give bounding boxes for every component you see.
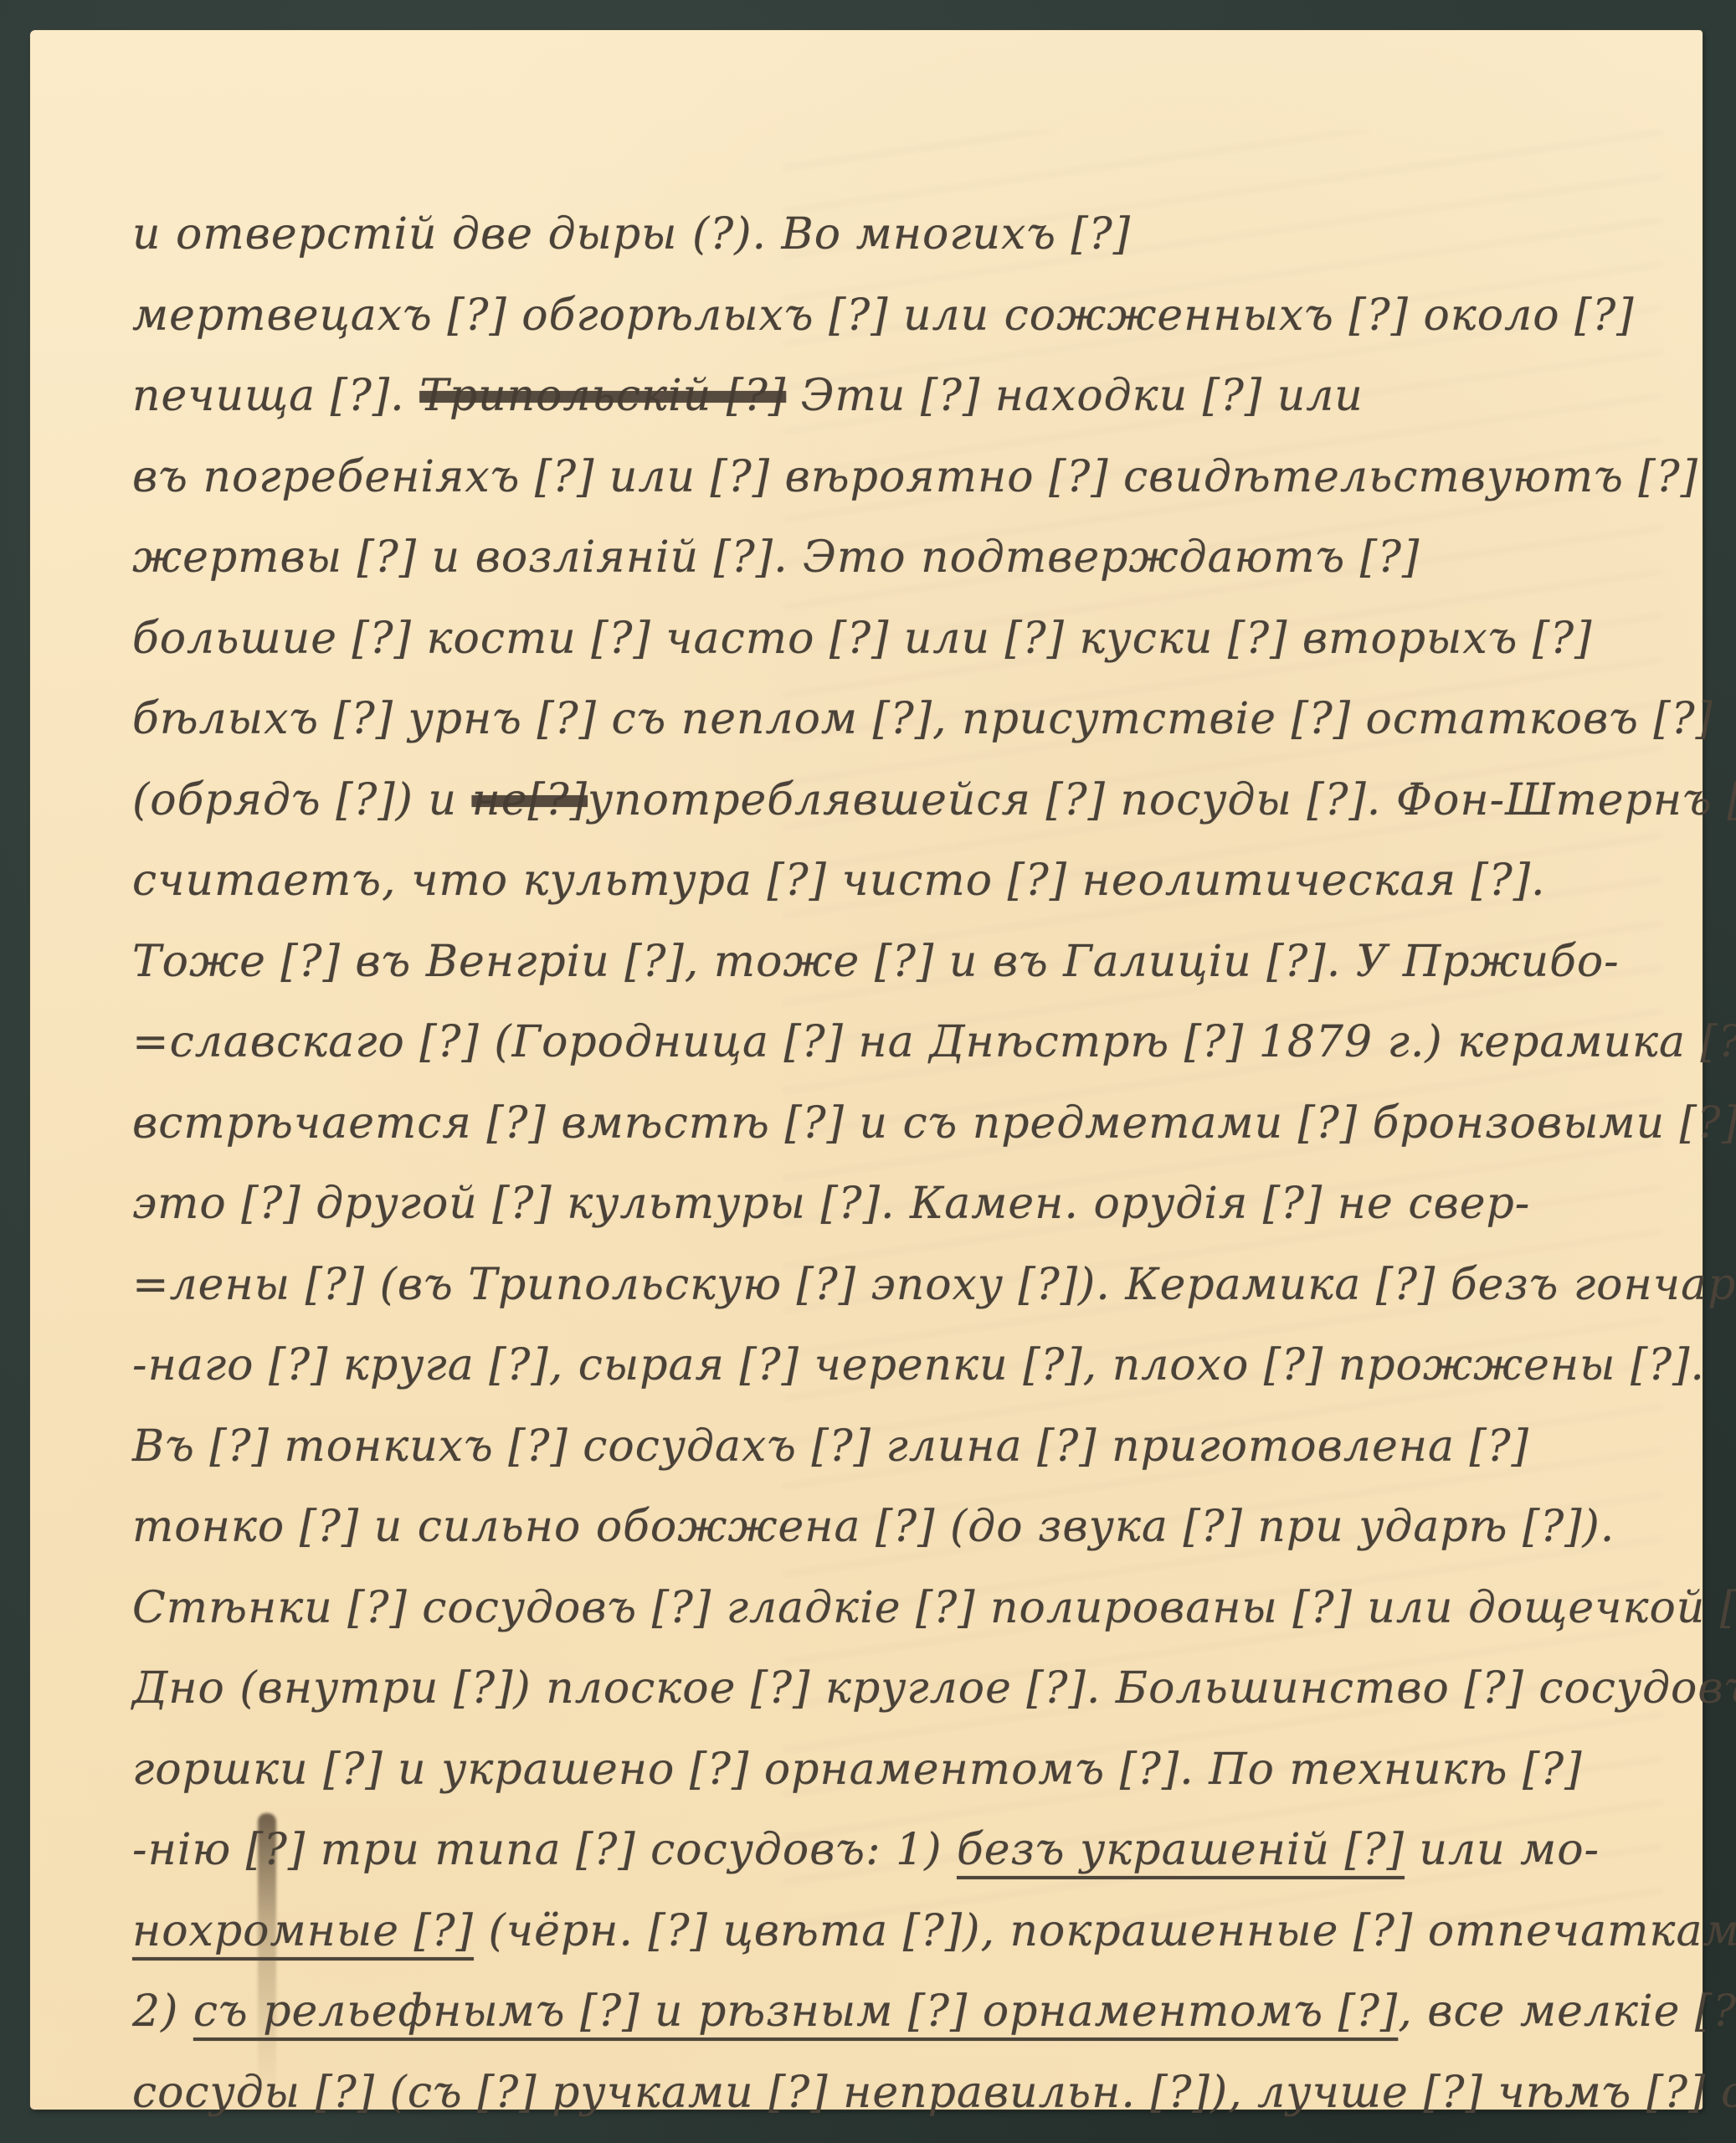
line-text: бѣлыхъ [?] урнъ [?] съ пеплом [?], прису… bbox=[132, 694, 1713, 744]
line-text: печища [?]. bbox=[132, 371, 419, 421]
manuscript-line: сосуды [?] (съ [?] ручками [?] неправиль… bbox=[132, 2053, 1689, 2134]
manuscript-line: горшки [?] и украшено [?] орнаментомъ [?… bbox=[132, 1729, 1689, 1811]
manuscript-line: нохромные [?] (чёрн. [?] цвѣта [?]), пок… bbox=[132, 1891, 1689, 1972]
line-text: мертвецахъ [?] обгорѣлыхъ [?] или сожжен… bbox=[132, 290, 1635, 341]
line-text: въ погребеніяхъ [?] или [?] вѣроятно [?]… bbox=[132, 452, 1698, 502]
underlined-phrase: безъ украшеній [?] bbox=[957, 1825, 1405, 1875]
line-text: (обрядъ [?]) и bbox=[132, 775, 471, 825]
manuscript-line: встрѣчается [?] вмѣстѣ [?] и съ предмета… bbox=[132, 1083, 1689, 1164]
manuscript-line: мертвецахъ [?] обгорѣлыхъ [?] или сожжен… bbox=[132, 275, 1689, 357]
manuscript-line: 2) съ рельефнымъ [?] и рѣзным [?] орнаме… bbox=[132, 1971, 1689, 2053]
line-text: или мо- bbox=[1405, 1825, 1600, 1875]
line-text: 2) bbox=[132, 1986, 193, 2037]
line-text: горшки [?] и украшено [?] орнаментомъ [?… bbox=[132, 1745, 1582, 1795]
line-text: -наго [?] круга [?], сырая [?] черепки [… bbox=[132, 1340, 1705, 1390]
line-text: (чёрн. [?] цвѣта [?]), покрашенные [?] о… bbox=[474, 1906, 1736, 1956]
manuscript-line: Въ [?] тонкихъ [?] сосудахъ [?] глина [?… bbox=[132, 1406, 1689, 1488]
line-text: Тоже [?] въ Венгріи [?], тоже [?] и въ Г… bbox=[132, 937, 1620, 987]
line-text: это [?] другой [?] культуры [?]. Камен. … bbox=[132, 1179, 1530, 1229]
line-text: Стѣнки [?] сосудовъ [?] гладкіе [?] поли… bbox=[132, 1583, 1736, 1633]
line-text: употреблявшейся [?] посуды [?]. Фон-Штер… bbox=[588, 775, 1736, 825]
manuscript-line: =лены [?] (въ Трипольскую [?] эпоху [?])… bbox=[132, 1245, 1689, 1326]
manuscript-line: бѣлыхъ [?] урнъ [?] съ пеплом [?], прису… bbox=[132, 679, 1689, 760]
line-text: считаетъ, что культура [?] чисто [?] нео… bbox=[132, 856, 1546, 906]
manuscript-line: это [?] другой [?] культуры [?]. Камен. … bbox=[132, 1164, 1689, 1245]
line-text: жертвы [?] и возліяній [?]. Это подтверж… bbox=[132, 532, 1420, 583]
manuscript-line: печища [?]. Трипольскій [?] Эти [?] нахо… bbox=[132, 356, 1689, 437]
underlined-phrase: съ рельефнымъ [?] и рѣзным [?] орнаменто… bbox=[193, 1986, 1398, 2037]
manuscript-line: тонко [?] и сильно обожжена [?] (до звук… bbox=[132, 1487, 1689, 1568]
manuscript-line: (обрядъ [?]) и не[?]употреблявшейся [?] … bbox=[132, 760, 1689, 841]
underlined-phrase: нохромные [?] bbox=[132, 1906, 474, 1956]
line-text: встрѣчается [?] вмѣстѣ [?] и съ предмета… bbox=[132, 1098, 1736, 1149]
manuscript-line: считаетъ, что культура [?] чисто [?] нео… bbox=[132, 840, 1689, 922]
struck-through-word: не[?] bbox=[471, 775, 587, 825]
manuscript-line: большие [?] кости [?] часто [?] или [?] … bbox=[132, 599, 1689, 680]
line-text: большие [?] кости [?] часто [?] или [?] … bbox=[132, 614, 1592, 664]
manuscript-line: Тоже [?] въ Венгріи [?], тоже [?] и въ Г… bbox=[132, 922, 1689, 1003]
manuscript-line: въ погребеніяхъ [?] или [?] вѣроятно [?]… bbox=[132, 437, 1689, 518]
manuscript-line: жертвы [?] и возліяній [?]. Это подтверж… bbox=[132, 517, 1689, 599]
line-text: Эти [?] находки [?] или bbox=[786, 371, 1364, 421]
manuscript-line: Стѣнки [?] сосудовъ [?] гладкіе [?] поли… bbox=[132, 1568, 1689, 1649]
line-text: -нію [?] три типа [?] сосудовъ: 1) bbox=[132, 1825, 957, 1875]
manuscript-line: и отверстій две дыры (?). Во многихъ [?] bbox=[132, 194, 1689, 275]
line-text: и отверстій две дыры (?). Во многихъ [?] bbox=[132, 209, 1131, 260]
line-text: сосуды [?] (съ [?] ручками [?] неправиль… bbox=[132, 2068, 1736, 2118]
struck-through-word: Трипольскій [?] bbox=[419, 371, 786, 421]
line-text: Въ [?] тонкихъ [?] сосудахъ [?] глина [?… bbox=[132, 1421, 1529, 1472]
manuscript-line: =славскаго [?] (Городница [?] на Днѣстрѣ… bbox=[132, 1002, 1689, 1083]
line-text: Дно (внутри [?]) плоское [?] круглое [?]… bbox=[132, 1663, 1736, 1714]
line-text: , все мелкіе [?] bbox=[1398, 1986, 1736, 2037]
manuscript-line: Дно (внутри [?]) плоское [?] круглое [?]… bbox=[132, 1648, 1689, 1729]
manuscript-line: -наго [?] круга [?], сырая [?] черепки [… bbox=[132, 1325, 1689, 1406]
manuscript-line: -нію [?] три типа [?] сосудовъ: 1) безъ … bbox=[132, 1810, 1689, 1891]
line-text: =лены [?] (въ Трипольскую [?] эпоху [?])… bbox=[132, 1260, 1736, 1310]
line-text: тонко [?] и сильно обожжена [?] (до звук… bbox=[132, 1502, 1615, 1552]
line-text: =славскаго [?] (Городница [?] на Днѣстрѣ… bbox=[132, 1017, 1736, 1067]
handwritten-text-body: и отверстій две дыры (?). Во многихъ [?]… bbox=[132, 194, 1689, 2133]
